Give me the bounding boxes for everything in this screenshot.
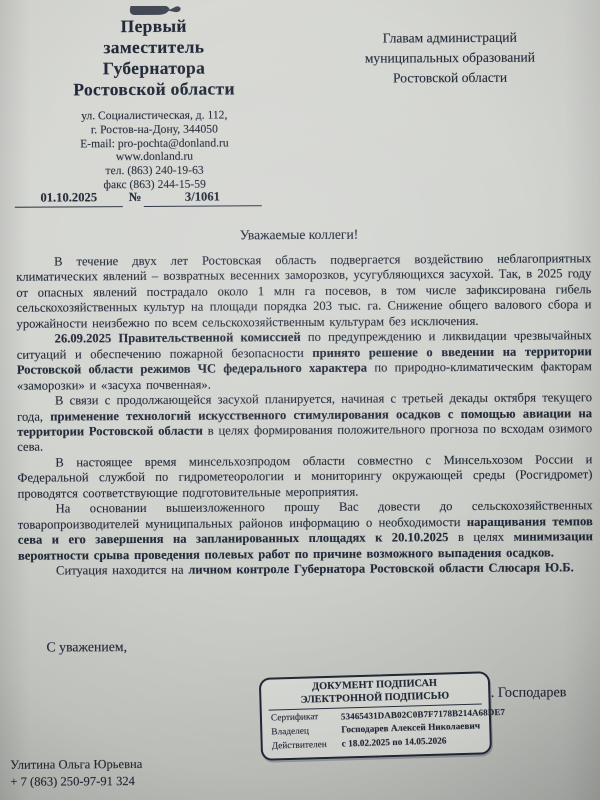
text-segment: Ситуация находится на: [56, 563, 188, 578]
paragraph: На основании вышеизложенного прошу Вас д…: [18, 498, 593, 563]
sender-title-line: Ростовской области: [10, 78, 298, 101]
text-segment: В течение двух лет Ростовская область по…: [16, 251, 591, 330]
recipient-block: Главам администраций муниципальных образ…: [326, 27, 574, 89]
paragraph: В течение двух лет Ростовская область по…: [16, 251, 591, 332]
page-content: Первый заместитель Губернатора Ростовско…: [0, 0, 600, 800]
paragraph: В настоящее время минсельхозпродом облас…: [17, 452, 592, 502]
executor-phone: + 7 (863) 250-97-91 324: [10, 773, 142, 791]
text-segment: личном контроле Губернатора Ростовской о…: [188, 560, 573, 576]
letter-body: В течение двух лет Ростовская область по…: [16, 251, 593, 579]
executor-block: Улитина Ольга Юрьевна + 7 (863) 250-97-9…: [10, 756, 142, 791]
recipient-line: муниципальных образований: [326, 47, 574, 69]
text-segment: в целях: [448, 530, 513, 544]
text-segment: В настоящее время минсельхозпродом облас…: [17, 452, 592, 500]
sender-title-line: заместитель: [10, 36, 298, 59]
letter-date: 01.10.2025: [15, 190, 123, 208]
reference-line: 01.10.2025№3/1061: [15, 189, 262, 208]
sender-title: Первый заместитель Губернатора Ростовско…: [10, 15, 299, 101]
paragraph: В связи с продолжающейся засухой планиру…: [17, 390, 592, 455]
salutation: Уважаемые коллеги!: [0, 225, 599, 245]
letter-number: 3/1061: [143, 189, 261, 207]
stamp-validity-label: Действителен: [272, 738, 342, 754]
sender-address: ул. Социалистическая, д. 112, г. Ростов-…: [10, 108, 299, 193]
stamp-validity-value: с 18.02.2025 по 14.05.2026: [342, 735, 447, 752]
number-sign: №: [129, 190, 142, 205]
closing-phrase: С уважением,: [46, 639, 127, 655]
executor-name: Улитина Ольга Юрьевна: [10, 756, 142, 774]
recipient-line: Главам администраций: [326, 27, 574, 49]
text-segment: 26.09.2025 Правительственной комиссией: [55, 330, 301, 346]
coat-of-arms-fragment-icon: [10, 2, 298, 14]
signatory-name: . Господарев: [491, 684, 567, 701]
paragraph: Ситуация находится на личном контроле Гу…: [18, 560, 593, 579]
stamp-title: ДОКУМЕНТ ПОДПИСАН ЭЛЕКТРОННОЙ ПОДПИСЬЮ: [261, 676, 489, 708]
sender-title-line: Губернатора: [10, 57, 298, 80]
sender-title-line: Первый: [10, 15, 298, 38]
e-signature-stamp: ДОКУМЕНТ ПОДПИСАН ЭЛЕКТРОННОЙ ПОДПИСЬЮ С…: [259, 671, 492, 761]
recipient-line: Ростовской области: [326, 67, 574, 89]
letterhead: Первый заместитель Губернатора Ростовско…: [10, 2, 299, 193]
letter-page: Первый заместитель Губернатора Ростовско…: [0, 0, 600, 800]
paragraph: 26.09.2025 Правительственной комиссией п…: [17, 328, 592, 393]
